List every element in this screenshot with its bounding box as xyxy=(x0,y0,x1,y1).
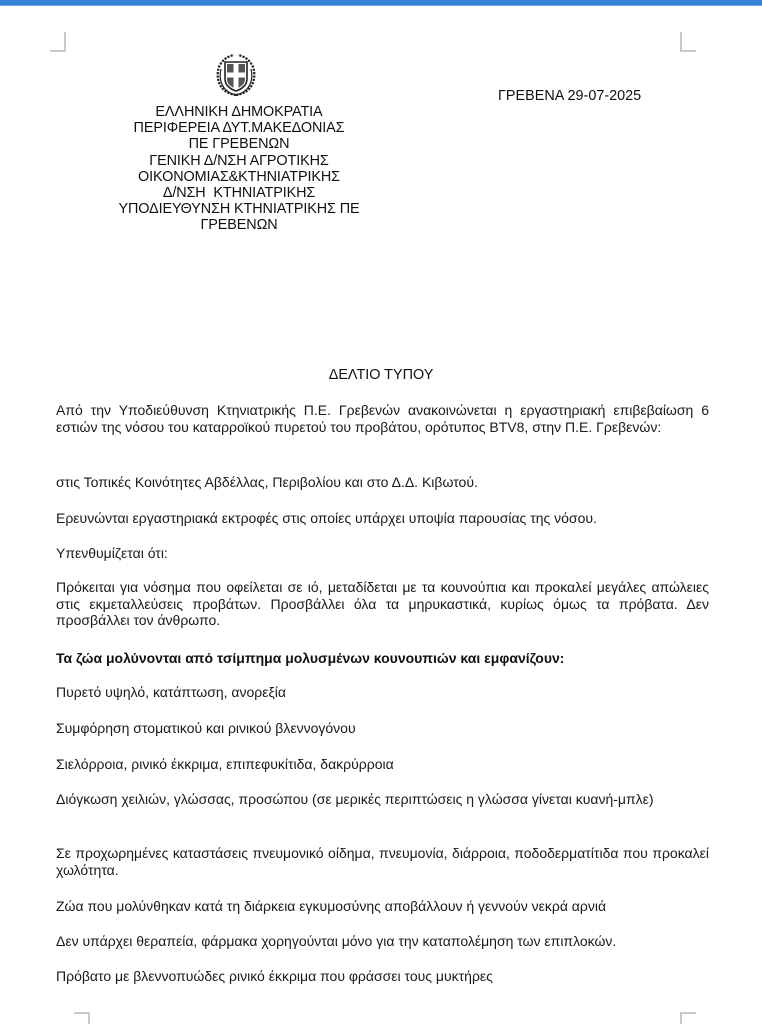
paragraph-locations: στις Τοπικές Κοινότητες Αβδέλλας, Περιβο… xyxy=(56,474,709,491)
header-line: Δ/ΝΣΗ ΚΤΗΝΙΑΤΡΙΚΗΣ xyxy=(104,185,374,201)
header-line: ΠΕΡΙΦΕΡΕΙΑ ΔΥΤ.ΜΑΚΕΔΟΝΙΑΣ xyxy=(104,120,374,136)
document-title: ΔΕΛΤΙΟ ΤΥΠΟΥ xyxy=(0,367,762,383)
greek-coat-of-arms-icon xyxy=(212,51,260,99)
paragraph-announcement: Από την Υποδιεύθυνση Κτηνιατρικής Π.Ε. Γ… xyxy=(56,402,709,435)
header-line: ΥΠΟΔΙΕΥΘΥΝΣΗ ΚΤΗΝΙΑΤΡΙΚΗΣ ΠΕ xyxy=(104,201,374,217)
page-corner-mark-bottom-right xyxy=(680,1012,696,1024)
header-line: ΟΙΚΟΝΟΜΙΑΣ&ΚΤΗΝΙΑΤΡΙΚΗΣ xyxy=(104,169,374,185)
top-accent-bar xyxy=(0,0,762,6)
place-and-date: ΓΡΕΒΕΝΑ 29-07-2025 xyxy=(498,88,641,104)
symptoms-heading: Τα ζώα μολύνονται από τσίμπημα μολυσμένω… xyxy=(56,650,709,667)
symptom-item: Σιελόρροια, ρινικό έκκριμα, επιπεφυκίτιδ… xyxy=(56,756,709,773)
symptom-item: Συμφόρηση στοματικού και ρινικού βλεννογ… xyxy=(56,720,709,737)
paragraph-disease-description: Πρόκειται για νόσημα που οφείλεται σε ιό… xyxy=(56,579,709,629)
page-corner-mark-bottom-left xyxy=(74,1012,90,1024)
paragraph-reminder-heading: Υπενθυμίζεται ότι: xyxy=(56,545,709,562)
symptom-item: Πυρετό υψηλό, κατάπτωση, ανορεξία xyxy=(56,684,709,701)
symptom-item: Σε προχωρημένες καταστάσεις πνευμονικό ο… xyxy=(56,845,709,878)
paragraph-treatment: Δεν υπάρχει θεραπεία, φάρμακα χορηγούντα… xyxy=(56,933,709,950)
header-line: ΕΛΛΗΝΙΚΗ ΔΗΜΟΚΡΑΤΙΑ xyxy=(104,104,374,120)
issuing-authority-header: ΕΛΛΗΝΙΚΗ ΔΗΜΟΚΡΑΤΙΑ ΠΕΡΙΦΕΡΕΙΑ ΔΥΤ.ΜΑΚΕΔ… xyxy=(104,104,374,234)
header-line: ΠΕ ΓΡΕΒΕΝΩΝ xyxy=(104,136,374,152)
page-corner-mark-top-left xyxy=(50,32,66,52)
paragraph-investigation: Ερευνώνται εργαστηριακά εκτροφές στις οπ… xyxy=(56,510,709,527)
image-caption: Πρόβατο με βλεννοπυώδες ρινικό έκκριμα π… xyxy=(56,968,709,985)
symptom-item: Ζώα που μολύνθηκαν κατά τη διάρκεια εγκυ… xyxy=(56,898,709,915)
symptom-item: Διόγκωση χειλιών, γλώσσας, προσώπου (σε … xyxy=(56,791,709,808)
header-line: ΓΕΝΙΚΗ Δ/ΝΣΗ ΑΓΡΟΤΙΚΗΣ xyxy=(104,153,374,169)
page-corner-mark-top-right xyxy=(680,32,696,52)
header-line: ΓΡΕΒΕΝΩΝ xyxy=(104,217,374,233)
